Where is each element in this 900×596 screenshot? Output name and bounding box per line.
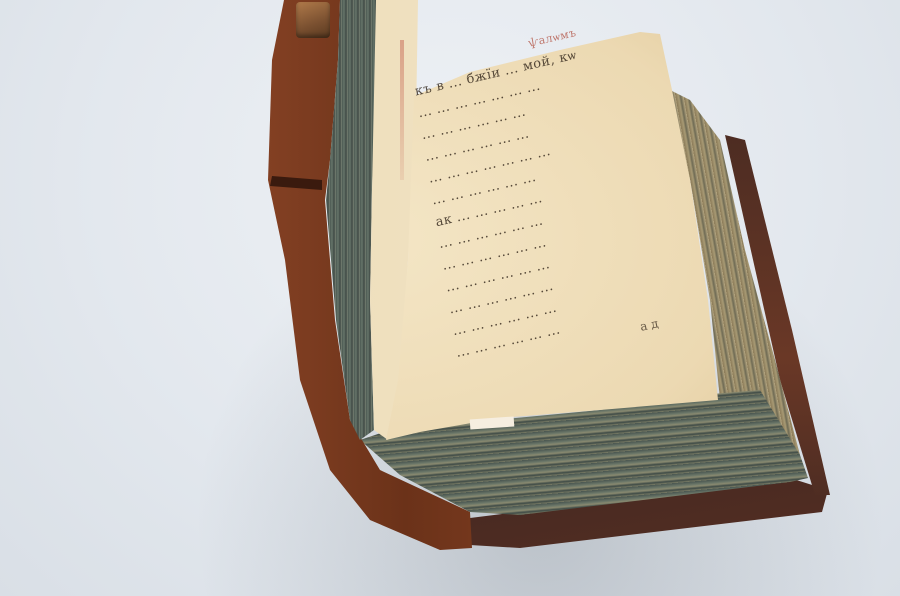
page-text: ѱалѡмъ къ в ... бжїи ... мой, кѡ ... ...… <box>410 4 705 387</box>
brass-clasp <box>296 2 330 38</box>
rubric-marking <box>400 40 404 180</box>
